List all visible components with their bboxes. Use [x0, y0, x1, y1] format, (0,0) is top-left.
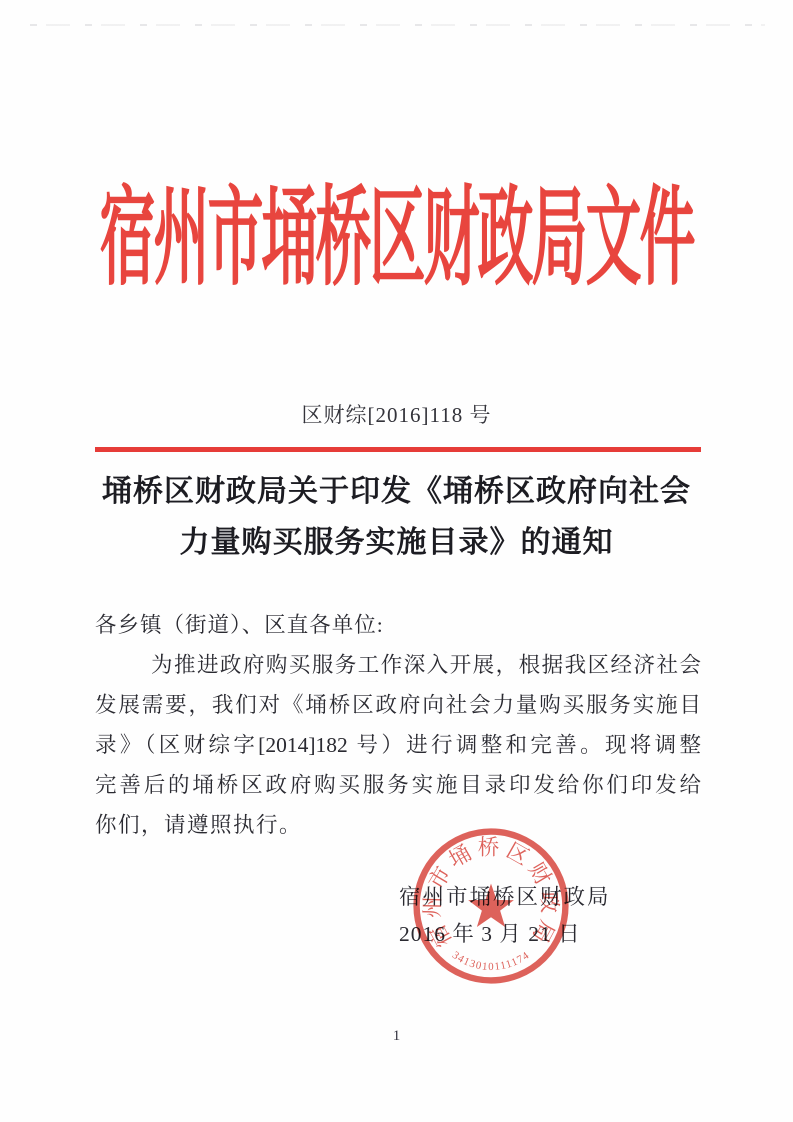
- body-paragraph-line: 你们，请遵照执行。: [95, 805, 701, 845]
- document-title-line2: 力量购买服务实施目录》的通知: [50, 517, 743, 568]
- page-number: 1: [0, 1028, 793, 1045]
- signature-block: 宿州市埇桥区财政局 2016 年 3 月 21 日: [399, 879, 611, 953]
- body-paragraph-line: 完善后的埇桥区政府购买服务实施目录印发给你们印发给: [95, 765, 701, 805]
- red-separator-rule: [95, 447, 701, 452]
- document-body: 各乡镇（街道）、区直各单位: 为推进政府购买服务工作深入开展，根据我区经济社会 …: [95, 605, 701, 845]
- document-title: 埇桥区财政局关于印发《埇桥区政府向社会 力量购买服务实施目录》的通知: [50, 466, 743, 568]
- body-paragraph-line: 录》（区财综字[2014]182 号）进行调整和完善。现将调整: [95, 725, 701, 765]
- document-reference-number: 区财综[2016]118 号: [0, 399, 793, 429]
- body-paragraph-line: 为推进政府购买服务工作深入开展，根据我区经济社会: [95, 645, 701, 685]
- letterhead-banner: 宿州市埇桥区财政局文件: [0, 186, 793, 242]
- salutation-line: 各乡镇（街道）、区直各单位:: [95, 605, 701, 645]
- signature-date: 2016 年 3 月 21 日: [399, 916, 611, 953]
- document-title-line1: 埇桥区财政局关于印发《埇桥区政府向社会: [50, 466, 743, 517]
- scan-artifact-line: [30, 24, 765, 26]
- document-page: 宿州市埇桥区财政局文件 区财综[2016]118 号 埇桥区财政局关于印发《埇桥…: [0, 0, 793, 1122]
- letterhead-title: 宿州市埇桥区财政局文件: [100, 186, 694, 294]
- signature-organization: 宿州市埇桥区财政局: [399, 879, 611, 916]
- body-paragraph-line: 发展需要，我们对《埇桥区政府向社会力量购买服务实施目: [95, 685, 701, 725]
